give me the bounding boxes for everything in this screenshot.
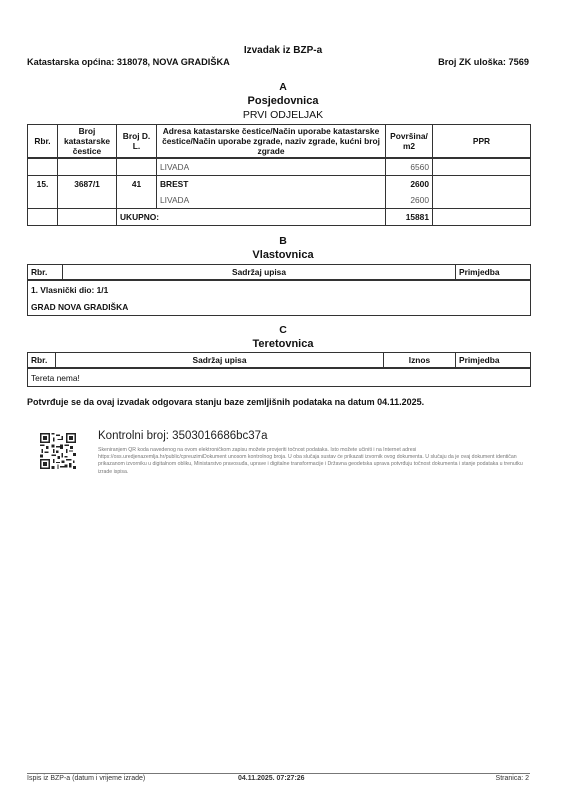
control-number: Kontrolni broj: 3503016686bc37a bbox=[98, 430, 267, 442]
cell-parcel bbox=[58, 192, 117, 209]
col-content: Sadržaj upisa bbox=[56, 353, 384, 369]
table-row: GRAD NOVA GRADIŠKA bbox=[28, 298, 531, 316]
section-a-letter: A bbox=[0, 81, 566, 93]
col-rbr: Rbr. bbox=[28, 265, 63, 281]
cell-area: 6560 bbox=[386, 158, 433, 176]
cell-empty bbox=[433, 209, 531, 226]
col-remark: Primjedba bbox=[456, 265, 531, 281]
cell-rbr bbox=[28, 158, 58, 176]
owner-name: GRAD NOVA GRADIŠKA bbox=[28, 298, 531, 316]
table-header-row: Rbr. Sadržaj upisa Primjedba bbox=[28, 265, 531, 281]
col-address: Adresa katastarske čestice/Način uporabe… bbox=[157, 125, 386, 159]
total-value: 15881 bbox=[386, 209, 433, 226]
cell-ppr bbox=[433, 176, 531, 193]
cell-area: 2600 bbox=[386, 176, 433, 193]
table-row: LIVADA 2600 bbox=[28, 192, 531, 209]
col-content: Sadržaj upisa bbox=[63, 265, 456, 281]
cadastral-municipality: Katastarska općina: 318078, NOVA GRADIŠK… bbox=[27, 57, 230, 67]
footer-datetime: 04.11.2025. 07:27:26 bbox=[238, 775, 305, 782]
table-row: LIVADA 6560 bbox=[28, 158, 531, 176]
zk-number-value: 7569 bbox=[509, 57, 529, 67]
section-c-letter: C bbox=[0, 324, 566, 336]
control-number-label: Kontrolni broj: bbox=[98, 430, 169, 442]
footer-page-number: Stranica: 2 bbox=[496, 775, 529, 782]
cell-rbr bbox=[28, 192, 58, 209]
section-c-title: Teretovnica bbox=[0, 338, 566, 350]
col-amount: Iznos bbox=[384, 353, 456, 369]
control-number-value: 3503016686bc37a bbox=[172, 430, 267, 442]
ownership-share: 1. Vlasnički dio: 1/1 bbox=[28, 280, 531, 298]
cell-ppr bbox=[433, 158, 531, 176]
cell-ppr bbox=[433, 192, 531, 209]
section-b-title: Vlastovnica bbox=[0, 249, 566, 261]
vlastovnica-table: Rbr. Sadržaj upisa Primjedba 1. Vlasničk… bbox=[27, 264, 531, 316]
cell-dl bbox=[117, 192, 157, 209]
verification-disclaimer: Skeniranjem QR koda navedenog na ovom el… bbox=[98, 447, 530, 476]
cell-dl bbox=[117, 158, 157, 176]
col-parcel-number: Broj katastarske čestice bbox=[58, 125, 117, 159]
col-remark: Primjedba bbox=[456, 353, 531, 369]
table-row: 1. Vlasnički dio: 1/1 bbox=[28, 280, 531, 298]
cell-area: 2600 bbox=[386, 192, 433, 209]
table-header-row: Rbr. Broj katastarske čestice Broj D. L.… bbox=[28, 125, 531, 159]
col-rbr: Rbr. bbox=[28, 125, 58, 159]
cadastral-municipality-value: 318078, NOVA GRADIŠKA bbox=[117, 57, 230, 67]
cell-empty bbox=[28, 209, 58, 226]
cell-rbr: 15. bbox=[28, 176, 58, 193]
table-row: Tereta nema! bbox=[28, 368, 531, 387]
col-rbr: Rbr. bbox=[28, 353, 56, 369]
cell-empty bbox=[58, 209, 117, 226]
qr-code-icon[interactable] bbox=[40, 433, 76, 469]
teretovnica-table: Rbr. Sadržaj upisa Iznos Primjedba Teret… bbox=[27, 352, 531, 387]
posjedovnica-table: Rbr. Broj katastarske čestice Broj D. L.… bbox=[27, 124, 531, 226]
section-a-title: Posjedovnica bbox=[0, 95, 566, 107]
total-row: UKUPNO: 15881 bbox=[28, 209, 531, 226]
section-b-letter: B bbox=[0, 235, 566, 247]
zk-number-label: Broj ZK uloška: bbox=[438, 57, 506, 67]
document-title: Izvadak iz BZP-a bbox=[0, 45, 566, 56]
confirmation-statement: Potvrđuje se da ovaj izvadak odgovara st… bbox=[27, 397, 424, 407]
zk-number: Broj ZK uloška: 7569 bbox=[438, 57, 529, 67]
cell-dl: 41 bbox=[117, 176, 157, 193]
cell-address: LIVADA bbox=[157, 158, 386, 176]
section-a-subtitle: PRVI ODJELJAK bbox=[0, 109, 566, 121]
cell-parcel bbox=[58, 158, 117, 176]
total-label: UKUPNO: bbox=[117, 209, 386, 226]
cadastral-municipality-label: Katastarska općina: bbox=[27, 57, 114, 67]
footer-print-info: Ispis iz BZP-a (datum i vrijeme izrade) bbox=[27, 775, 145, 782]
footer-divider bbox=[27, 773, 530, 774]
no-encumbrance: Tereta nema! bbox=[28, 368, 531, 387]
table-header-row: Rbr. Sadržaj upisa Iznos Primjedba bbox=[28, 353, 531, 369]
col-area: Površina/ m2 bbox=[386, 125, 433, 159]
table-row: 15. 3687/1 41 BREST 2600 bbox=[28, 176, 531, 193]
col-ppr: PPR bbox=[433, 125, 531, 159]
cell-address: LIVADA bbox=[157, 192, 386, 209]
cell-address: BREST bbox=[157, 176, 386, 193]
col-dl-number: Broj D. L. bbox=[117, 125, 157, 159]
cell-parcel: 3687/1 bbox=[58, 176, 117, 193]
